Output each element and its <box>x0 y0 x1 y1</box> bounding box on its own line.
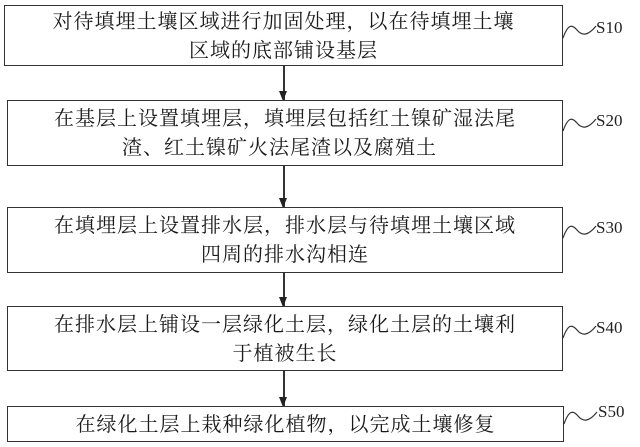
step-box-s10: 对待填埋土壤区域进行加固处理，以在待填埋土壤 区域的底部铺设基层 <box>4 5 563 66</box>
flow-arrow <box>283 371 285 406</box>
flow-arrow <box>283 166 285 207</box>
step-line: 对待填埋土壤区域进行加固处理，以在待填埋土壤 <box>53 7 515 36</box>
step-line: 于植被生长 <box>54 339 516 368</box>
leader-line-icon <box>563 406 599 426</box>
step-line: 在基层上设置填埋层，填埋层包括红土镍矿湿法尾 <box>54 104 516 133</box>
leader-line-icon <box>562 220 598 240</box>
step-line: 在填埋层上设置排水层，排水层与待填埋土壤区域 <box>54 211 516 240</box>
step-label: S40 <box>596 318 622 338</box>
step-text: 在基层上设置填埋层，填埋层包括红土镍矿湿法尾 渣、红土镍矿火法尾渣以及腐殖土 <box>54 104 516 162</box>
step-line: 四周的排水沟相连 <box>54 240 516 269</box>
step-text: 在填埋层上设置排水层，排水层与待填埋土壤区域 四周的排水沟相连 <box>54 211 516 269</box>
step-box-s20: 在基层上设置填埋层，填埋层包括红土镍矿湿法尾 渣、红土镍矿火法尾渣以及腐殖土 <box>7 100 563 166</box>
step-line: 在绿化土层上栽种绿化植物，以完成土壤修复 <box>76 410 496 439</box>
step-text: 对待填埋土壤区域进行加固处理，以在待填埋土壤 区域的底部铺设基层 <box>53 7 515 65</box>
step-box-s30: 在填埋层上设置排水层，排水层与待填埋土壤区域 四周的排水沟相连 <box>7 207 563 273</box>
leader-line-icon <box>562 320 598 340</box>
step-label: S50 <box>598 402 624 422</box>
step-box-s50: 在绿化土层上栽种绿化植物，以完成土壤修复 <box>7 406 564 442</box>
flow-arrow <box>283 273 285 306</box>
step-text: 在排水层上铺设一层绿化土层，绿化土层的土壤利 于植被生长 <box>54 310 516 368</box>
step-label: S10 <box>596 18 622 38</box>
flow-arrow <box>283 66 285 100</box>
step-line: 在排水层上铺设一层绿化土层，绿化土层的土壤利 <box>54 310 516 339</box>
step-line: 渣、红土镍矿火法尾渣以及腐殖土 <box>54 133 516 162</box>
leader-line-icon <box>562 113 598 133</box>
step-line: 区域的底部铺设基层 <box>53 36 515 65</box>
step-box-s40: 在排水层上铺设一层绿化土层，绿化土层的土壤利 于植被生长 <box>7 306 563 371</box>
step-label: S30 <box>596 218 622 238</box>
step-text: 在绿化土层上栽种绿化植物，以完成土壤修复 <box>76 410 496 439</box>
leader-line-icon <box>562 20 598 40</box>
step-label: S20 <box>596 111 622 131</box>
